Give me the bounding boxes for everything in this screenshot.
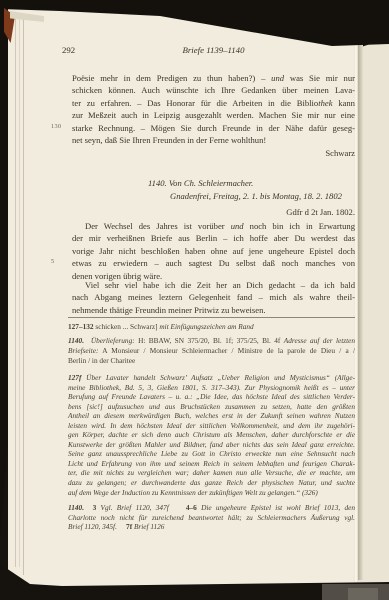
apparatus-divider-rule [68, 317, 355, 318]
apparatus-transmission: 1140. Überlieferung: H: BBAW, SN 375/20,… [68, 336, 355, 366]
text-segment: gen Körper, dachte er sich denn auch Chr… [68, 430, 355, 439]
text-segment: dazu zu gelangen; er durchwanderte das g… [68, 478, 355, 487]
text-segment: kann [333, 98, 355, 108]
text-segment: auf dem Wege der Induction zu Kenntnisse… [68, 488, 318, 497]
text-segment: schicken ... Schwarz] [94, 322, 160, 331]
text-segment: Seine ganz unaussprechliche Liebe zu Got… [68, 449, 355, 458]
text-line: 1140. Überlieferung: H: BBAW, SN 375/20,… [68, 336, 355, 346]
text-segment: Brief 1126 [132, 522, 164, 531]
text-segment: bens [sic!] aufzusuchen und aus Bruchstü… [68, 402, 355, 411]
text-segment: Antheil an diesem merkwürdigen Buch, wel… [68, 411, 355, 420]
text-line: Gdfr d 2t Jan. 1802. [72, 206, 355, 218]
text-segment: Poësie mehr in dem Predigen zu thun habe… [72, 73, 271, 83]
text-line: Der Wechsel des Jahres ist vorüber und n… [72, 220, 355, 232]
text-line: Charlotte noch nicht für zureichend bean… [68, 513, 355, 523]
text-segment [169, 503, 186, 512]
text-segment: mit Einfügungszeichen am Rand [159, 322, 253, 331]
text-segment [84, 336, 91, 345]
page-edge-highlight [355, 42, 357, 582]
text-segment: und [271, 73, 284, 83]
letter-1139-closing: Poësie mehr in dem Predigen zu thun habe… [72, 72, 355, 159]
text-segment: thek [318, 98, 332, 108]
text-segment: Überlieferung: [91, 336, 135, 345]
text-line: 130starke Rechnung. – Mögen Sie durch Fr… [72, 122, 355, 134]
margin-line-number: 5 [51, 259, 67, 265]
text-segment: Gdfr d 2t Jan. 1802. [286, 207, 355, 217]
letter-1140-heading: 1140. Von Ch. Schleiermacher.Gnadenfrei,… [72, 177, 355, 202]
text-segment: vorige Jahr nicht beschloßen haben ohne … [72, 246, 355, 256]
text-column: 292 Briefe 1139–1140 Poësie mehr in dem … [72, 9, 355, 587]
text-segment: H: BBAW, SN 375/20, Bl. 1f; 375/25, Bl. … [135, 336, 284, 345]
text-line: gen Körper, dachte er sich denn auch Chr… [68, 430, 355, 440]
text-line: 1140. Von Ch. Schleiermacher. [148, 177, 355, 190]
text-line: 127f Über Lavater handelt Schwarz’ Aufsa… [68, 373, 355, 383]
text-segment: 127–132 [68, 322, 94, 331]
text-segment: Berlin / in der Charitee [68, 356, 135, 365]
book-page: 292 Briefe 1139–1140 Poësie mehr in dem … [8, 9, 360, 587]
text-line: 5etwas zu erwiedern – auch sagtest Du se… [72, 257, 355, 269]
page-stack-edge [19, 15, 20, 567]
text-segment: net seyn, daß Sie Ihren Freunden in der … [72, 135, 266, 145]
text-line: nach Abgang meines leztern Gelegenheit f… [72, 291, 355, 303]
text-segment: 1140. [68, 503, 84, 512]
text-segment [84, 503, 93, 512]
text-line: Seine ganz unaussprechliche Liebe zu Got… [68, 449, 355, 459]
page-stack-edge [23, 15, 24, 575]
text-line: Antheil an diesem merkwürdigen Buch, wel… [68, 411, 355, 421]
text-segment: leisten wird. In dem höchsten Ideal der … [68, 421, 355, 430]
text-segment: ter, die mit nichts zu vergleichen war; … [68, 468, 355, 477]
text-line: Brief 1120, 345f. 7f Brief 1126 [68, 522, 355, 532]
text-line: ter zu erfahren. – Das Honorar für die A… [72, 97, 355, 109]
text-segment: 127f [68, 373, 81, 382]
text-segment: schicken können. Auch wünschte ich Ihre … [72, 85, 355, 95]
letter-1140-paragraph-1: Der Wechsel des Jahres ist vorüber und n… [72, 220, 355, 282]
text-segment: der mir verheißnen Briefe aus Berlin – i… [72, 233, 355, 243]
text-segment: 4–6 [186, 503, 197, 512]
text-segment: Über Lavater handelt Schwarz’ Aufsatz „U… [81, 373, 355, 382]
text-segment: 1140. Von Ch. Schleiermacher. [148, 178, 253, 188]
text-segment [117, 522, 126, 531]
text-segment: Berufung auf Freunde Lavaters – u. a.: „… [68, 392, 355, 401]
text-line: leisten wird. In dem höchsten Ideal der … [68, 421, 355, 431]
text-segment: Gnadenfrei, Freitag, 2. 1. bis Montag, 1… [170, 191, 342, 201]
commentary-note-127f: 127f Über Lavater handelt Schwarz’ Aufsa… [68, 373, 355, 497]
text-line: Kunstwerke der größten Mahler und Bildne… [68, 440, 355, 450]
text-line: 1140. 3 Vgl. Brief 1120, 347f 4–6 Die un… [68, 503, 355, 513]
text-line: Licht und Erfahrung von ihm und seinem R… [68, 459, 355, 469]
book-scan: { "page": { "number": "292", "running_ti… [0, 0, 389, 600]
text-segment: A Monsieur / Monsieur Schleiermacher / M… [98, 346, 355, 355]
margin-line-number: 130 [51, 124, 67, 130]
text-line: zur Meßzeit auch in Leipzig ausgezahlt w… [72, 109, 355, 121]
text-segment: starke Rechnung. – Mögen Sie durch Freun… [72, 123, 355, 133]
scan-background-left [0, 8, 8, 538]
text-segment: Licht und Erfahrung von ihm und seinem R… [68, 459, 355, 468]
text-segment: Briefseite: [68, 346, 98, 355]
text-segment: nehmende thätige Freundin meiner Pritwiz… [72, 305, 266, 315]
text-segment: Die ungeheure Epistel ist wohl Brief 101… [197, 503, 355, 512]
commentary-note-1140: 1140. 3 Vgl. Brief 1120, 347f 4–6 Die un… [68, 503, 355, 532]
running-title: Briefe 1139–1140 [72, 45, 355, 55]
text-line: ter, die mit nichts zu vergleichen war; … [68, 468, 355, 478]
text-segment: ter zu erfahren. – Das Honorar für die A… [72, 98, 318, 108]
text-segment: Vgl. Brief 1120, 347f [96, 503, 169, 512]
text-line: 127–132 schicken ... Schwarz] mit Einfüg… [68, 322, 355, 332]
apparatus-variants: 127–132 schicken ... Schwarz] mit Einfüg… [68, 322, 355, 332]
text-segment: meine Bibliothek, Bd. 5, 3, Gießen 1801,… [68, 383, 355, 392]
scan-surface-patch [348, 588, 378, 600]
text-line: Gnadenfrei, Freitag, 2. 1. bis Montag, 1… [170, 190, 355, 203]
text-line: bens [sic!] aufzusuchen und aus Bruchstü… [68, 402, 355, 412]
text-segment: was Sie mir nur [284, 73, 355, 83]
text-segment: Der Wechsel des Jahres ist vorüber [85, 221, 231, 231]
text-line: net seyn, daß Sie Ihren Freunden in der … [72, 134, 355, 146]
text-line: Berlin / in der Charitee [68, 356, 355, 366]
page-header: 292 Briefe 1139–1140 [72, 45, 355, 55]
text-line: Briefseite: A Monsieur / Monsieur Schlei… [68, 346, 355, 356]
text-segment: nach Abgang meines leztern Gelegenheit f… [72, 292, 355, 302]
text-line: Poësie mehr in dem Predigen zu thun habe… [72, 72, 355, 84]
text-segment: Adresse auf der letzten [284, 336, 355, 345]
text-line: der mir verheißnen Briefe aus Berlin – i… [72, 232, 355, 244]
text-line: Berufung auf Freunde Lavaters – u. a.: „… [68, 392, 355, 402]
page-number: 292 [62, 45, 75, 55]
letter-1140-dateline: Gdfr d 2t Jan. 1802. [72, 206, 355, 218]
text-line: nehmende thätige Freundin meiner Pritwiz… [72, 304, 355, 316]
text-segment: Viel sehr viel habe ich die Zeit her an … [85, 280, 355, 290]
text-segment: noch bin ich in Erwartung [244, 221, 355, 231]
text-line: dazu zu gelangen; er durchwanderte das g… [68, 478, 355, 488]
page-gutter-shadow [358, 44, 363, 580]
text-line: vorige Jahr nicht beschloßen haben ohne … [72, 245, 355, 257]
text-segment: 1140. [68, 336, 84, 345]
text-segment: Kunstwerke der größten Mahler und Bildne… [68, 440, 355, 449]
text-segment: Schwarz [325, 148, 355, 158]
text-line: auf dem Wege der Induction zu Kenntnisse… [68, 488, 355, 498]
text-segment: etwas zu erwiedern – auch sagtest Du sel… [72, 258, 355, 268]
text-segment: Charlotte noch nicht für zureichend bean… [68, 513, 355, 522]
text-line: meine Bibliothek, Bd. 5, 3, Gießen 1801,… [68, 383, 355, 393]
text-segment: und [231, 221, 244, 231]
text-line: Schwarz [72, 147, 355, 159]
letter-1140-paragraph-2: Viel sehr viel habe ich die Zeit her an … [72, 279, 355, 316]
text-segment: Brief 1120, 345f. [68, 522, 117, 531]
text-line: schicken können. Auch wünschte ich Ihre … [72, 84, 355, 96]
page-stack-edge [15, 15, 16, 567]
text-segment: zur Meßzeit auch in Leipzig ausgezahlt w… [72, 110, 355, 120]
text-line: Viel sehr viel habe ich die Zeit her an … [72, 279, 355, 291]
